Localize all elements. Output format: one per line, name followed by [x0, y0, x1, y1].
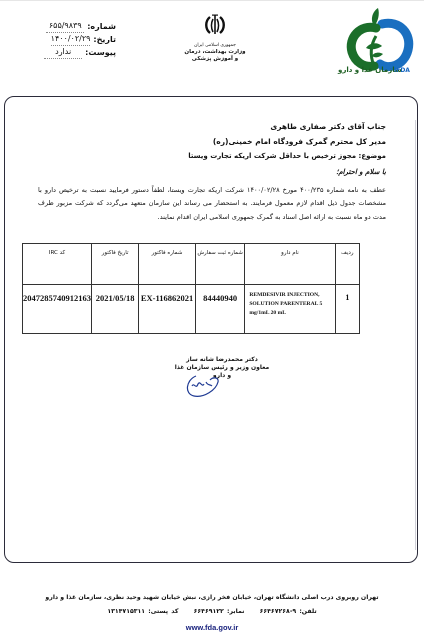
footer-phone: تلفن: ۹-۶۶۴۶۷۲۶۸ [260, 608, 317, 615]
footer-address: تهران روبروی درب اصلی دانشگاه تهران، خیا… [0, 594, 424, 601]
cell-drug-name: REMDESIVIR INJECTION, SOLUTION PARENTERA… [245, 285, 335, 334]
header-drug-name: نام دارو [245, 244, 335, 285]
ministry-label-2: و آموزش پزشکی [160, 56, 270, 63]
ifda-tag: IFDA [394, 67, 410, 74]
header-irc: کد IRC [23, 244, 92, 285]
header-invoice-date: تاریخ فاکتور [92, 244, 139, 285]
cell-irc: 2047285740912163 [23, 285, 92, 334]
cell-order-number: 84440940 [195, 285, 244, 334]
footer-fax: نمابر: ۶۶۴۶۹۱۲۲ [194, 608, 245, 615]
cell-invoice-date: 2021/05/18 [92, 285, 139, 334]
frame-shadow [415, 120, 416, 550]
ifda-caption: سازمان غذا و دارو [338, 66, 402, 74]
cell-invoice-number: EX-116862021 [139, 285, 196, 334]
attachment-label: پیوست: [85, 47, 116, 59]
header-invoice-number: شماره فاکتور [139, 244, 196, 285]
letter-number-value: ۶۵۵/۹۸۳۹ [46, 20, 84, 33]
footer-contact: تلفن: ۹-۶۶۴۶۷۲۶۸ نمابر: ۶۶۴۶۹۱۲۲ کد پستی… [0, 608, 424, 615]
ministry-header: جمهوری اسلامی ایران وزارت بهداشت، درمان … [160, 14, 270, 63]
recipient-title: مدیر کل محترم گمرک فرودگاه امام خمینی(ره… [213, 137, 386, 146]
letter-greeting: با سلام و احترام؛ [336, 168, 386, 176]
letter-date-value: ۱۴۰۰/۰۲/۲۹ [51, 33, 91, 46]
drug-table: ردیف نام دارو شماره ثبت سفارش شماره فاکت… [22, 243, 360, 334]
letter-meta: شماره: ۶۵۵/۹۸۳۹ تاریخ: ۱۴۰۰/۰۲/۲۹ پیوست:… [36, 20, 116, 59]
table-header-row: ردیف نام دارو شماره ثبت سفارش شماره فاکت… [23, 244, 360, 285]
attachment-value: ندارد [44, 46, 82, 59]
ministry-label: وزارت بهداشت، درمان [160, 49, 270, 56]
footer-postal-code: کد پستی: ۱۳۱۴۷۱۵۳۱۱ [107, 608, 178, 615]
letter-number-label: شماره: [87, 21, 116, 33]
republic-label: جمهوری اسلامی ایران [160, 42, 270, 49]
letter-date-row: تاریخ: ۱۴۰۰/۰۲/۲۹ [36, 33, 116, 46]
letter-body: عطف به نامه شماره ۴۰۰/۲۳۵ مورخ ۱۴۰۰/۰۲/۲… [38, 184, 386, 224]
attachment-row: پیوست: ندارد [36, 46, 116, 59]
letter-date-label: تاریخ: [93, 34, 116, 46]
signatory-name: دکتر محمدرضا شانه ساز [172, 356, 272, 364]
cell-row-number: 1 [335, 285, 359, 334]
signature-scribble-icon [182, 372, 224, 400]
letter-number-row: شماره: ۶۵۵/۹۸۳۹ [36, 20, 116, 33]
footer-website-link[interactable]: www.fda.gov.ir [0, 623, 424, 632]
iran-emblem-icon [202, 14, 228, 36]
top-border [0, 0, 424, 1]
header-order-number: شماره ثبت سفارش [195, 244, 244, 285]
header-row-number: ردیف [335, 244, 359, 285]
recipient-name: جناب آقای دکتر صفاری طاهری [270, 122, 386, 131]
table-row: 1 REMDESIVIR INJECTION, SOLUTION PARENTE… [23, 285, 360, 334]
letter-subject: موضوع: مجوز ترخیص با حداقل شرکت اریکه تج… [188, 152, 386, 160]
